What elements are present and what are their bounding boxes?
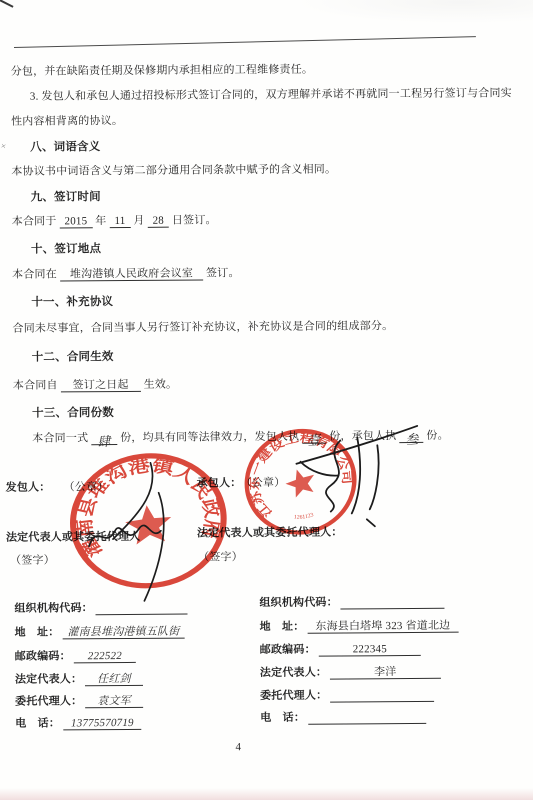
employer-org-code-label: 组织机构代码： bbox=[14, 602, 92, 615]
clause-11-heading: 十一、补充协议 bbox=[31, 293, 113, 310]
contractor-org-code-value bbox=[341, 595, 445, 610]
sign-date-line: 本合同于 2015 年 11 月 28 日签订。 bbox=[12, 211, 217, 228]
copies-seg1: 本合同一式 bbox=[32, 432, 88, 444]
contractor-phone-label: 电 话： bbox=[260, 712, 305, 724]
employer-official-stamp: 灌南县堆沟港镇人民政府 bbox=[60, 442, 238, 599]
employer-zip-value: 222522 bbox=[74, 650, 136, 663]
scan-smudge-bottom bbox=[0, 788, 533, 800]
employer-rep-name-label: 法定代表人： bbox=[15, 673, 82, 685]
clause-8-body: 本协议书中词语含义与第二部分通用合同条款中赋予的含义相同。 bbox=[11, 161, 336, 179]
contractor-zip-row: 邮政编码： 222345 bbox=[260, 640, 421, 657]
employer-label: 发包人： bbox=[6, 479, 51, 495]
employer-agent-value: 袁文军 bbox=[85, 695, 143, 708]
employer-phone-label: 电 话： bbox=[15, 717, 60, 729]
contractor-address-row: 地 址： 东海县白塔埠 323 省道北边 bbox=[260, 617, 459, 634]
scanned-contract-page: × 分包，并在缺陷责任期及保修期内承担相应的工程维修责任。 3. 发包人和承包人… bbox=[0, 0, 533, 800]
copies-total-handwritten: 肆 bbox=[97, 431, 112, 451]
copies-total-blank: 肆 bbox=[91, 431, 117, 445]
clause-item-3-line2: 性内容相背离的协议。 bbox=[11, 112, 123, 129]
clause-item-3-line1: 3. 发包人和承包人通过招投标形式签订合同的，双方理解并承诺不再就同一工程另行签… bbox=[30, 84, 512, 103]
clause-text-continuation: 分包，并在缺陷责任期及保修期内承担相应的工程维修责任。 bbox=[11, 61, 314, 79]
contractor-agent-value bbox=[330, 688, 434, 703]
svg-text:1261123: 1261123 bbox=[292, 509, 315, 524]
clause-11-body: 合同未尽事宜，合同当事人另行签订补充协议，补充协议是合同的组成部分。 bbox=[12, 317, 393, 336]
page-number: 4 bbox=[235, 741, 241, 753]
contractor-agent-label: 委托代理人： bbox=[260, 690, 327, 702]
employer-address-value: 灌南县堆沟港镇五队街 bbox=[62, 626, 184, 640]
employer-org-code-value bbox=[96, 601, 188, 616]
copies-contractor-handwritten: 叁 bbox=[404, 429, 419, 449]
clause-10-heading: 十、签订地点 bbox=[31, 240, 101, 256]
contractor-org-code-label: 组织机构代码： bbox=[259, 597, 337, 610]
sign-place-suffix: 签订。 bbox=[206, 267, 240, 279]
employer-address-label: 地 址： bbox=[15, 626, 60, 638]
sign-date-suffix: 日签订。 bbox=[172, 214, 217, 226]
clause-9-heading: 九、签订时间 bbox=[31, 188, 101, 204]
employer-zip-label: 邮政编码： bbox=[15, 650, 71, 662]
sign-date-day: 28 bbox=[148, 215, 169, 228]
employer-stamp-text: 灌南县堆沟港镇人民政府 bbox=[66, 448, 228, 562]
contractor-phone-value bbox=[308, 710, 426, 725]
contractor-agent-row: 委托代理人： bbox=[260, 686, 434, 703]
sign-date-year: 2015 bbox=[59, 215, 92, 228]
clause-12-heading: 十二、合同生效 bbox=[32, 348, 114, 365]
employer-rep-row: 法定代表人： 任红剑 bbox=[15, 670, 143, 687]
contractor-rep-row: 法定代表人： 李洋 bbox=[260, 663, 441, 680]
employer-sign-note: （签字） bbox=[10, 551, 55, 567]
employer-agent-label: 委托代理人： bbox=[15, 695, 82, 707]
clause-13-heading: 十三、合同份数 bbox=[32, 404, 114, 421]
contractor-address-label: 地 址： bbox=[260, 621, 305, 633]
contractor-zip-label: 邮政编码： bbox=[260, 644, 316, 656]
employer-phone-row: 电 话： 13775570719 bbox=[15, 714, 142, 731]
effective-value: 签订之日起 bbox=[61, 379, 141, 393]
sign-place-value: 堆沟港镇人民政府会议室 bbox=[60, 267, 203, 281]
employer-zip-row: 邮政编码： 222522 bbox=[15, 647, 136, 664]
contractor-stamp-code: 1261123 bbox=[292, 509, 315, 524]
copies-contractor-blank: 叁 bbox=[399, 429, 423, 443]
sign-date-prefix: 本合同于 bbox=[12, 215, 57, 227]
sign-date-year-unit: 年 bbox=[95, 215, 106, 227]
effective-prefix: 本合同自 bbox=[13, 379, 58, 391]
employer-org-code-row: 组织机构代码： bbox=[14, 599, 187, 616]
sign-date-month-unit: 月 bbox=[133, 215, 144, 227]
employer-agent-row: 委托代理人： 袁文军 bbox=[15, 692, 143, 709]
contractor-zip-value: 222345 bbox=[319, 643, 421, 657]
clause-8-heading: 八、词语含义 bbox=[30, 138, 100, 154]
contractor-phone-row: 电 话： bbox=[260, 708, 426, 725]
sign-date-month: 11 bbox=[109, 215, 130, 228]
employer-address-row: 地 址： 灌南县堆沟港镇五队街 bbox=[15, 623, 185, 640]
contractor-address-value: 东海县白塔埠 323 省道北边 bbox=[307, 620, 458, 634]
copies-seg4: 份。 bbox=[426, 430, 448, 442]
effective-suffix: 生效。 bbox=[144, 379, 178, 391]
svg-text:灌南县堆沟港镇人民政府: 灌南县堆沟港镇人民政府 bbox=[66, 448, 228, 562]
contractor-rep-name-value: 李洋 bbox=[330, 666, 440, 680]
employer-rep-name-value: 任红剑 bbox=[85, 673, 143, 686]
sign-place-line: 本合同在 堆沟港镇人民政府会议室 签订。 bbox=[12, 264, 240, 282]
effective-line: 本合同自 签订之日起 生效。 bbox=[13, 376, 177, 393]
contractor-org-code-row: 组织机构代码： bbox=[259, 593, 444, 610]
contractor-rep-name-label: 法定代表人： bbox=[260, 667, 327, 679]
sign-place-prefix: 本合同在 bbox=[12, 268, 57, 280]
employer-phone-value: 13775570719 bbox=[63, 717, 142, 731]
